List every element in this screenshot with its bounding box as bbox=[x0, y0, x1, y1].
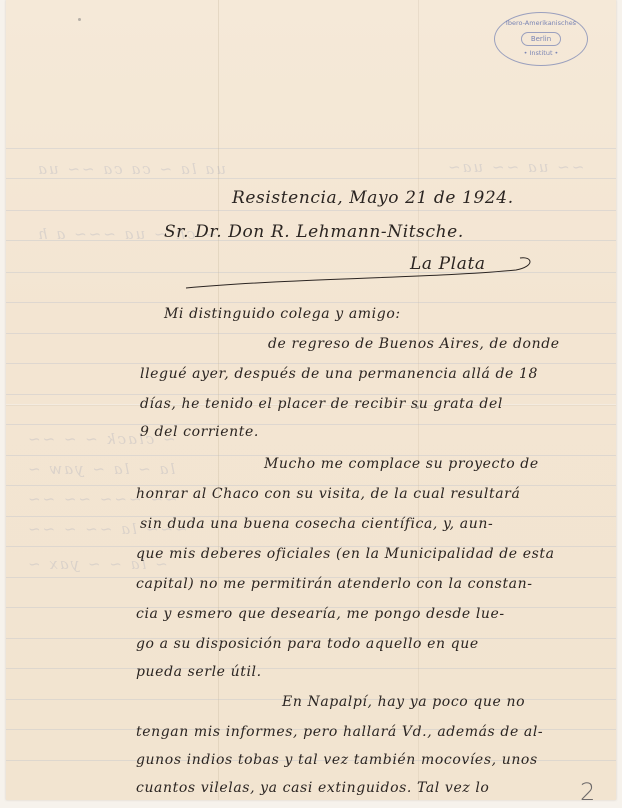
body-line: capital) no me permitirán atenderlo con … bbox=[136, 576, 533, 592]
body-line: 9 del corriente. bbox=[140, 424, 259, 440]
ruled-line bbox=[6, 668, 616, 669]
body-line: que mis deberes oficiales (en la Municip… bbox=[136, 546, 555, 562]
ruled-line bbox=[6, 148, 616, 149]
paper-speck bbox=[416, 406, 419, 409]
ruled-line bbox=[6, 394, 616, 395]
ruled-line bbox=[6, 424, 616, 425]
flourish-underline bbox=[176, 252, 536, 292]
body-line: llegué ayer, después de una permanencia … bbox=[140, 366, 538, 382]
body-line: cia y esmero que desearía, me pongo desd… bbox=[136, 606, 505, 622]
body-line: sin duda una buena cosecha científica, y… bbox=[140, 516, 493, 532]
body-line: Mucho me complace su proyecto de bbox=[264, 456, 539, 472]
institute-stamp: Ibero-Amerikanisches Berlin • Institut • bbox=[494, 12, 588, 66]
place-date: Resistencia, Mayo 21 de 1924. bbox=[232, 188, 514, 208]
paper-speck bbox=[78, 18, 81, 21]
ruled-line bbox=[6, 333, 616, 334]
body-line: gunos indios tobas y tal vez también moc… bbox=[136, 752, 538, 768]
bleed-through: ~~ ua ~~ ua~ bbox=[446, 158, 584, 176]
stamp-city: Berlin bbox=[521, 32, 561, 46]
body-line: días, he tenido el placer de recibir su … bbox=[140, 396, 503, 412]
body-line: cuantos vilelas, ya casi extinguidos. Ta… bbox=[136, 780, 489, 796]
page-number: 2 bbox=[580, 778, 595, 800]
body-line: tengan mis informes, pero hallará Vd., a… bbox=[136, 724, 543, 740]
ruled-line bbox=[6, 210, 616, 211]
letter-page: ua la ~ ca ca ~~ ua ~ ch ~ ua ~~~ a h ~ … bbox=[6, 0, 616, 800]
body-line: honrar al Chaco con su visita, de la cua… bbox=[136, 486, 520, 502]
ruled-line bbox=[6, 178, 616, 179]
body-line: pueda serle útil. bbox=[136, 664, 262, 680]
bleed-through: ua la ~ ca ca ~~ ua bbox=[36, 160, 226, 178]
ruled-line bbox=[6, 363, 616, 364]
stamp-bottom-text: • Institut • bbox=[495, 49, 587, 57]
body-line: En Napalpí, hay ya poco que no bbox=[282, 694, 525, 710]
bleed-through: la ~ la ~ yaw ~ bbox=[26, 460, 175, 478]
body-line: de regreso de Buenos Aires, de donde bbox=[268, 336, 560, 352]
salutation: Mi distinguido colega y amigo: bbox=[164, 306, 401, 322]
body-line: go a su disposición para todo aquello en… bbox=[136, 636, 479, 652]
addressee: Sr. Dr. Don R. Lehmann-Nitsche. bbox=[164, 222, 464, 242]
ruled-line bbox=[6, 302, 616, 303]
stamp-top-text: Ibero-Amerikanisches bbox=[495, 19, 587, 27]
